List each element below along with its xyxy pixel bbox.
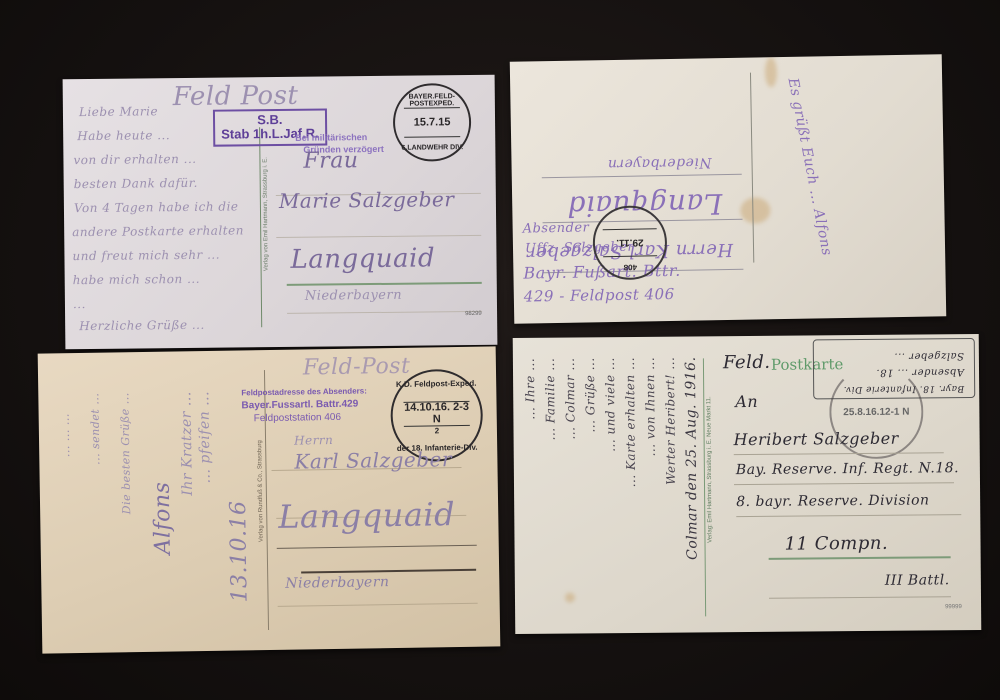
message-line: besten Dank dafür. <box>74 176 198 191</box>
postcard-top-left: Verlag von Emil Hartmann, Strassburg i. … <box>63 75 498 350</box>
postmark-date: 14.10.16. 2-3 N <box>403 401 470 427</box>
address-line-3: Niederbayern <box>607 154 711 172</box>
address-line-4: Niederbayern <box>285 574 389 592</box>
sender-line: 429 - Feldpost 406 <box>524 285 675 306</box>
side-note: Es grüßt Euch ... Alfons <box>785 77 835 257</box>
address-line-3: Langquaid <box>278 495 455 536</box>
message-line: Herzliche Grüße ... <box>79 318 205 333</box>
publisher-line: Verlag von Emil Hartmann, Strassburg i. … <box>262 157 269 271</box>
message-line: Habe heute ... <box>77 128 170 143</box>
address-line-3: Langquaid <box>290 243 435 275</box>
message-line: andere Postkarte erhalten <box>72 223 244 239</box>
postmark-top-ring: K.D. Feldpost-Exped. <box>392 379 480 389</box>
message-line: Liebe Marie <box>79 104 158 119</box>
postcard-top-right: Herrn Karl Salzgeber Langquaid Niederbay… <box>510 54 947 323</box>
postmark-date: 15.7.15 <box>404 107 461 137</box>
cachet-line: Salzgeber ... <box>894 350 964 362</box>
message-date: Colmar den 25. Aug. 1916. <box>683 356 701 560</box>
publisher-line: Verlag von Rundfuß & Co., Strassburg <box>257 440 265 542</box>
address-line-1: Frau <box>303 148 358 174</box>
message-line: ... <box>73 297 86 311</box>
address-line-2: Karl Salzgeber <box>294 447 452 473</box>
handwritten-header: Feld-Post <box>303 354 411 381</box>
address-side-rotated: Herrn Karl Salzgeber Langquaid Niederbay… <box>510 58 755 324</box>
postmark-top-ring: BAYER.FELD-POSTEXPED. <box>395 93 469 108</box>
censor-line-1: Bei militärischen <box>295 132 367 143</box>
print-number: 98299 <box>465 311 482 317</box>
address-line-5: III Battl. <box>885 572 950 589</box>
header-handwritten: Feld. <box>723 352 771 373</box>
postcard-bottom-right: Verlag: Emil Hartmann, Strassburg i. E. … <box>513 334 982 634</box>
handwritten-header: Feld Post <box>173 81 299 112</box>
postmark-bottom-ring: 6.LANDWEHR DIV. <box>395 144 469 152</box>
cachet-line-1: Feldpostadresse des Absenders: <box>241 386 367 397</box>
message-body: Werter Heribert! ... ... von Ihnen ... .… <box>513 334 979 338</box>
postcard-bottom-left: Verlag von Rundfuß & Co., Strassburg Fel… <box>38 346 501 653</box>
date-line: 13.10.16 <box>226 500 253 602</box>
cachet-line-3: Feldpoststation 406 <box>254 412 341 424</box>
cachet-line-2: Bayer.Fussartl. Battr.429 <box>241 399 358 412</box>
address-line-4: Niederbayern <box>305 288 402 304</box>
address-line-2: Marie Salzgeber <box>279 187 455 213</box>
address-line-2: Bay. Reserve. Inf. Regt. N.18. <box>736 460 959 478</box>
message-line: Von 4 Tagen habe ich die <box>74 199 239 215</box>
message-line: habe mich schon ... <box>73 272 200 287</box>
address-line-3: 8. bayr. Reserve. Division <box>736 492 929 510</box>
address-prefix: An <box>735 392 758 411</box>
postmark-date: 29.11. <box>603 228 657 257</box>
message-line: von dir erhalten ... <box>73 152 196 167</box>
print-number: 99999 <box>945 604 962 610</box>
signature: Alfons <box>150 481 176 554</box>
postmark-number: 2 <box>393 425 481 435</box>
postmark-label: 408 <box>595 262 665 272</box>
postmark-date: 25.8.16.12-1 N <box>842 394 911 431</box>
address-line-4: 11 Compn. <box>784 533 888 555</box>
postmark: 408 29.11. <box>592 205 667 280</box>
publisher-line: Verlag: Emil Hartmann, Strassburg i. E. … <box>706 396 713 543</box>
address-line-1: Herrn <box>294 433 333 448</box>
sender-line: Absender <box>523 220 590 236</box>
message-line: und freut mich sehr ... <box>72 248 220 264</box>
address-line-1: Heribert Salzgeber <box>734 429 899 449</box>
postmark: BAYER.FELD-POSTEXPED. 15.7.15 6.LANDWEHR… <box>393 83 472 162</box>
message-body: Liebe Marie Habe heute ... von dir erhal… <box>63 75 495 80</box>
